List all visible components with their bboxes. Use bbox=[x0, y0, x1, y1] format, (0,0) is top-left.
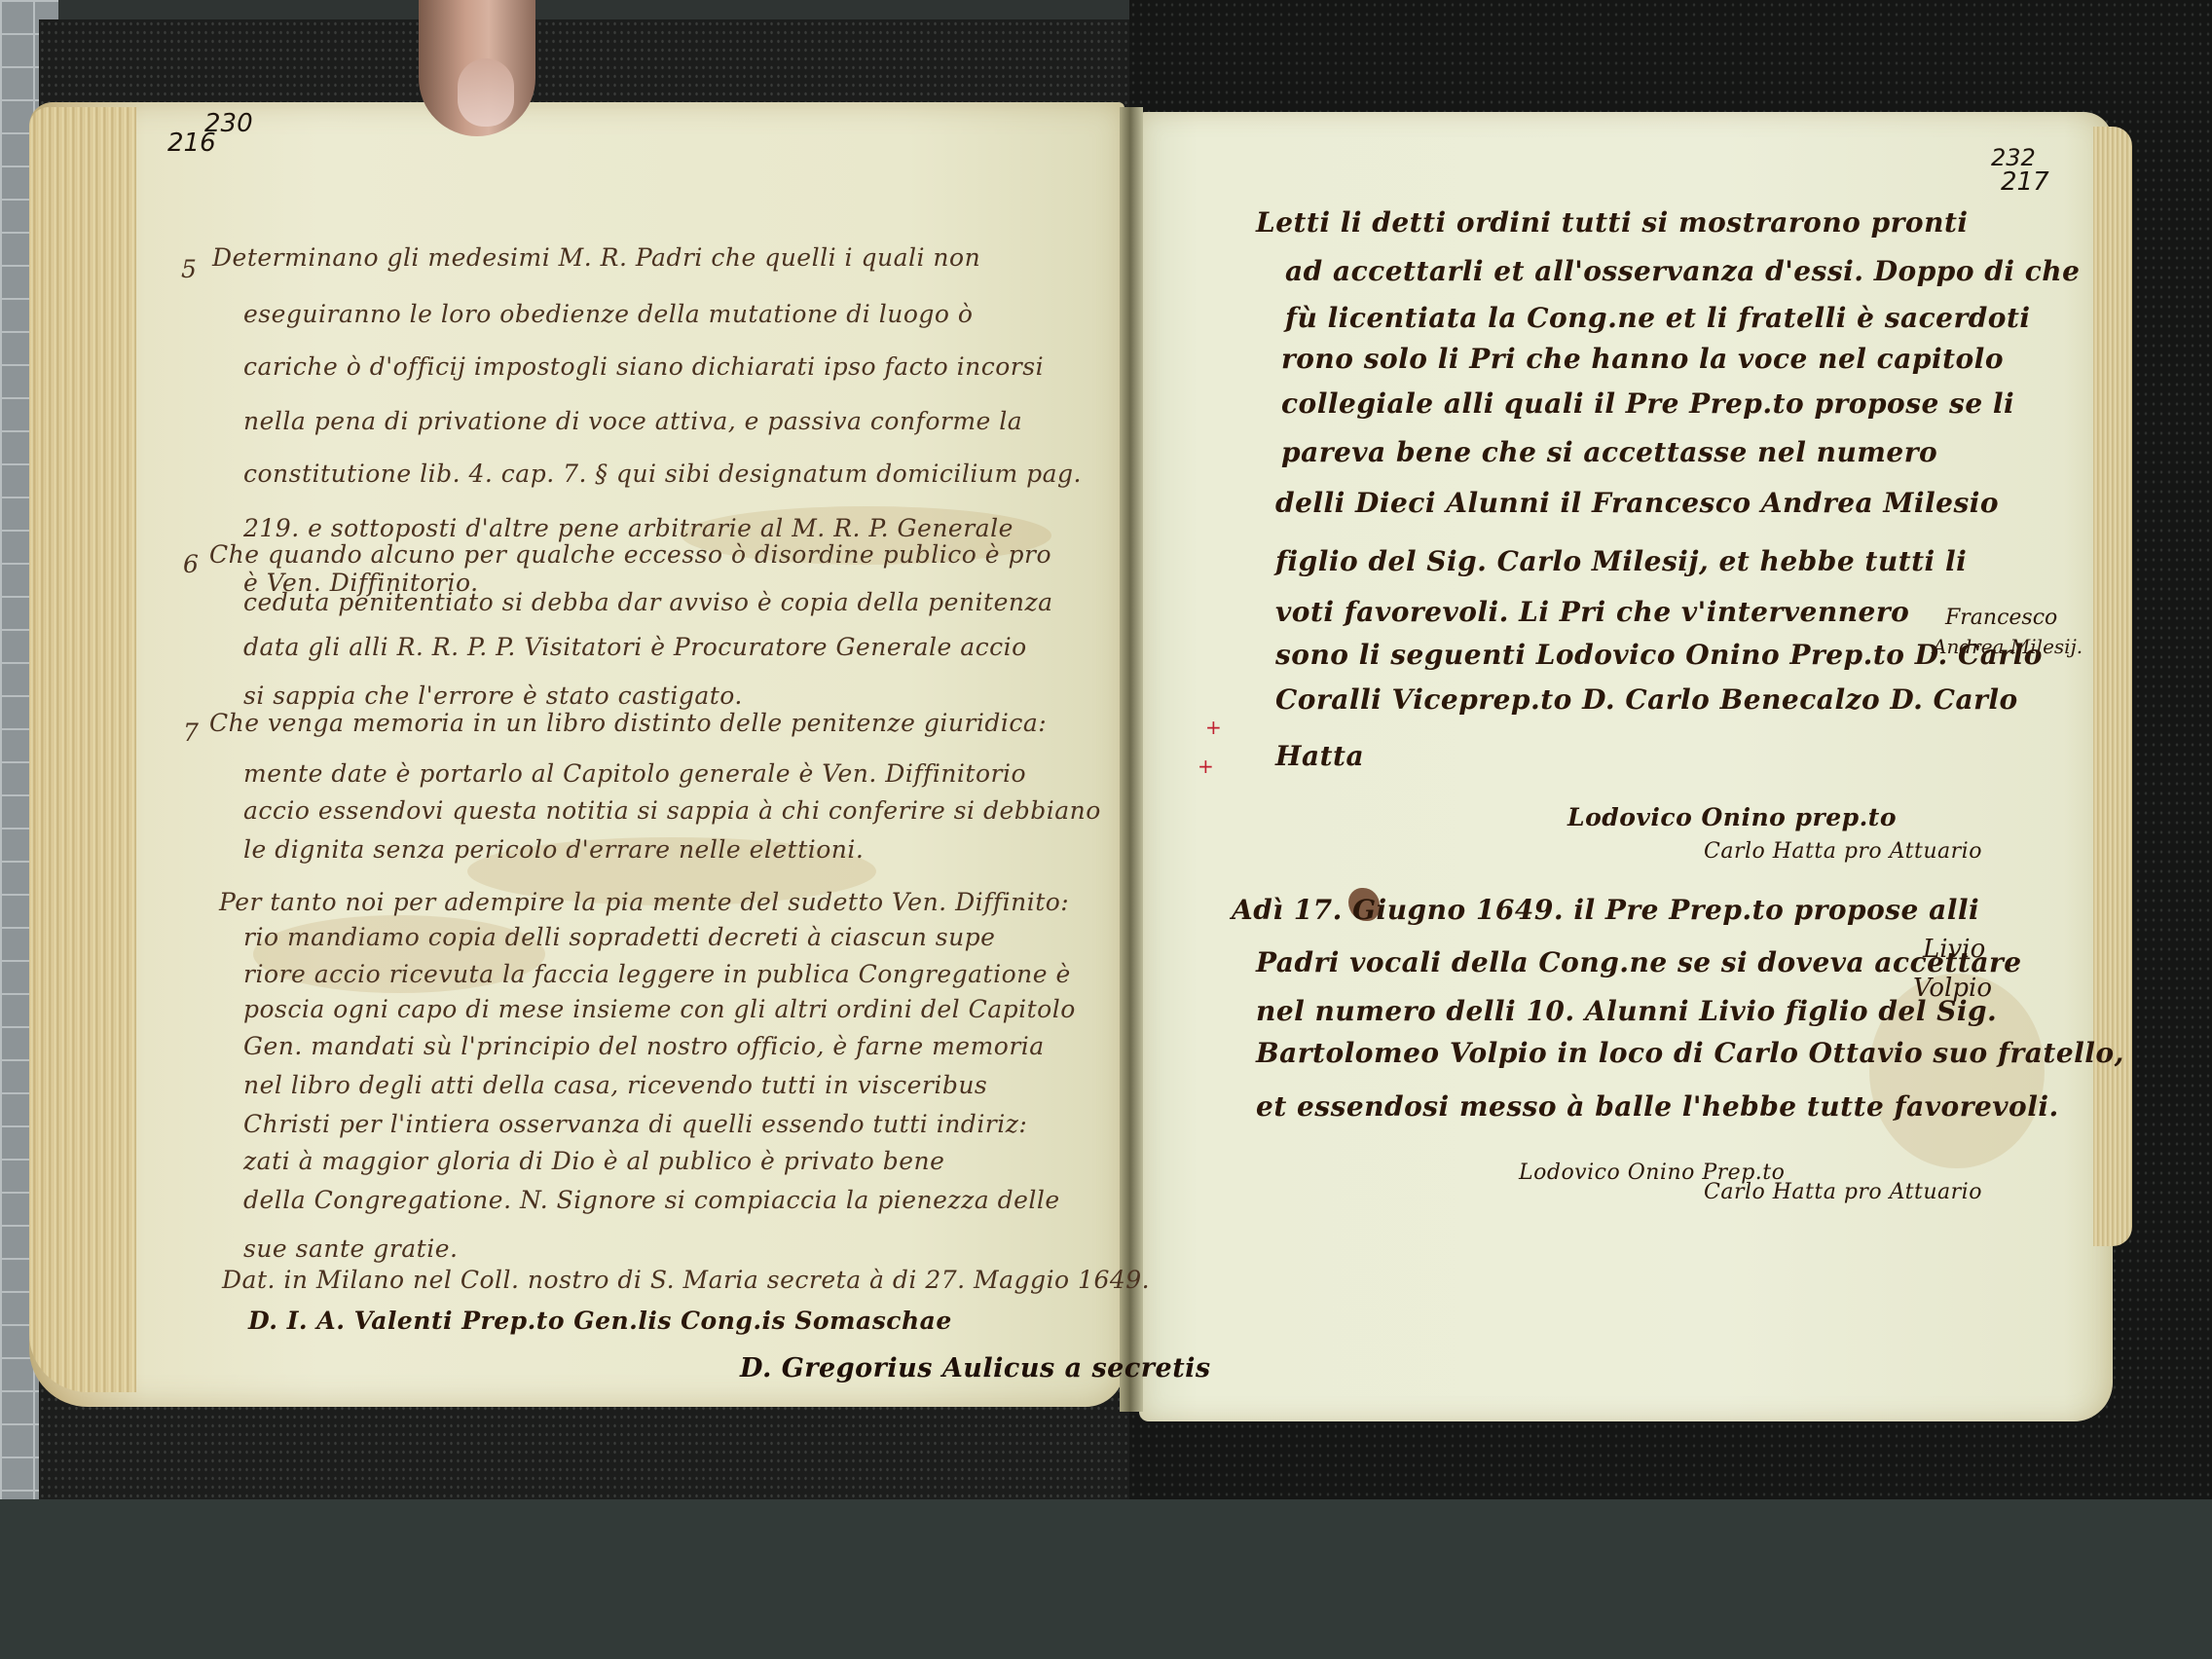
text-line: et essendosi messo à balle l'hebbe tutte… bbox=[1256, 1090, 2059, 1123]
text-line: voti favorevoli. Li Pri che v'intervenne… bbox=[1275, 596, 1909, 628]
red-cross-mark: + bbox=[1198, 755, 1214, 778]
folio-number-new-left: 230 bbox=[204, 109, 253, 138]
text-line: Hatta bbox=[1275, 740, 1364, 772]
text-line: Coralli Viceprep.to D. Carlo Benecalzo D… bbox=[1275, 683, 2018, 716]
margin-note: Volpio bbox=[1913, 974, 1992, 1003]
text-line: Bartolomeo Volpio in loco di Carlo Ottav… bbox=[1256, 1037, 2124, 1069]
text-line: 219. e sottoposti d'altre pene arbitrari… bbox=[243, 514, 1014, 542]
text-line: Che venga memoria in un libro distinto d… bbox=[209, 709, 1047, 737]
text-line: Per tanto noi per adempire la pia mente … bbox=[219, 888, 1069, 916]
margin-note: Andrea Milesij. bbox=[1933, 635, 2083, 658]
text-line: mente date è portarlo al Capitolo genera… bbox=[243, 759, 1026, 788]
dateline: Dat. in Milano nel Coll. nostro di S. Ma… bbox=[222, 1266, 1150, 1294]
text-line: della Congregatione. N. Signore si compi… bbox=[243, 1186, 1060, 1214]
text-line: eseguiranno le loro obedienze della muta… bbox=[243, 300, 973, 328]
margin-note: Francesco bbox=[1945, 606, 2057, 630]
text-line: nella pena di privatione di voce attiva,… bbox=[243, 407, 1022, 435]
paragraph-number: 7 bbox=[183, 719, 199, 747]
text-line: Christi per l'intiera osservanza di quel… bbox=[243, 1110, 1027, 1138]
text-line: riore accio ricevuta la faccia leggere i… bbox=[243, 960, 1071, 988]
text-line: Adì 17. Giugno 1649. il Pre Prep.to prop… bbox=[1232, 894, 1979, 926]
text-line: data gli alli R. R. P. P. Visitatori è P… bbox=[243, 633, 1027, 661]
paragraph-number: 6 bbox=[183, 550, 199, 578]
signature: Lodovico Onino prep.to bbox=[1567, 803, 1897, 831]
text-line: delli Dieci Alunni il Francesco Andrea M… bbox=[1275, 487, 1999, 519]
text-line: nel numero delli 10. Alunni Livio figlio… bbox=[1256, 995, 1997, 1027]
text-line: Determinano gli medesimi M. R. Padri che… bbox=[212, 243, 980, 272]
text-line: collegiale alli quali il Pre Prep.to pro… bbox=[1281, 387, 2014, 420]
paragraph-number: 5 bbox=[181, 255, 197, 283]
text-line: rono solo li Pri che hanno la voce nel c… bbox=[1281, 343, 2004, 375]
text-line: si sappia che l'errore è stato castigato… bbox=[243, 682, 743, 710]
text-line: le dignita senza pericolo d'errare nelle… bbox=[243, 835, 864, 864]
text-line: pareva bene che si accettasse nel numero bbox=[1281, 436, 1937, 468]
text-line: zati à maggior gloria di Dio è al public… bbox=[243, 1147, 944, 1175]
text-line: sue sante gratie. bbox=[243, 1235, 458, 1263]
signature: Carlo Hatta pro Attuario bbox=[1704, 839, 1982, 864]
text-line: constitutione lib. 4. cap. 7. § qui sibi… bbox=[243, 460, 1082, 488]
book-gutter bbox=[1120, 107, 1143, 1412]
text-line: rio mandiamo copia delli sopradetti decr… bbox=[243, 923, 995, 951]
margin-note: Livio bbox=[1923, 935, 1985, 964]
text-line: fù licentiata la Cong.ne et li fratelli … bbox=[1285, 302, 2031, 334]
right-page-edges bbox=[2093, 127, 2132, 1246]
text-line: Che quando alcuno per qualche eccesso ò … bbox=[209, 540, 1051, 569]
text-line: Padri vocali della Cong.ne se si doveva … bbox=[1256, 946, 2022, 978]
signature: Carlo Hatta pro Attuario bbox=[1704, 1180, 1982, 1204]
text-line: ceduta penitentiato si debba dar avviso … bbox=[243, 588, 1053, 616]
left-page-edges bbox=[29, 107, 136, 1392]
fingernail bbox=[458, 58, 514, 127]
signature: D. Gregorius Aulicus a secretis bbox=[740, 1353, 1211, 1383]
table-surface bbox=[0, 1499, 2212, 1659]
closing-line: D. I. A. Valenti Prep.to Gen.lis Cong.is… bbox=[248, 1307, 952, 1335]
folio-number-new-right: 217 bbox=[2001, 167, 2049, 197]
text-line: Letti li detti ordini tutti si mostraron… bbox=[1256, 206, 1969, 239]
text-line: poscia ogni capo di mese insieme con gli… bbox=[243, 995, 1076, 1023]
text-line: figlio del Sig. Carlo Milesij, et hebbe … bbox=[1275, 545, 1967, 577]
text-line: cariche ò d'officij impostogli siano dic… bbox=[243, 352, 1044, 381]
red-cross-mark: + bbox=[1205, 716, 1222, 739]
text-line: ad accettarli et all'osservanza d'essi. … bbox=[1285, 255, 2080, 287]
text-line: sono li seguenti Lodovico Onino Prep.to … bbox=[1275, 639, 2043, 671]
text-line: nel libro degli atti della casa, riceven… bbox=[243, 1071, 987, 1099]
text-line: Gen. mandati sù l'principio del nostro o… bbox=[243, 1032, 1045, 1060]
text-line: accio essendovi questa notitia si sappia… bbox=[243, 796, 1101, 825]
